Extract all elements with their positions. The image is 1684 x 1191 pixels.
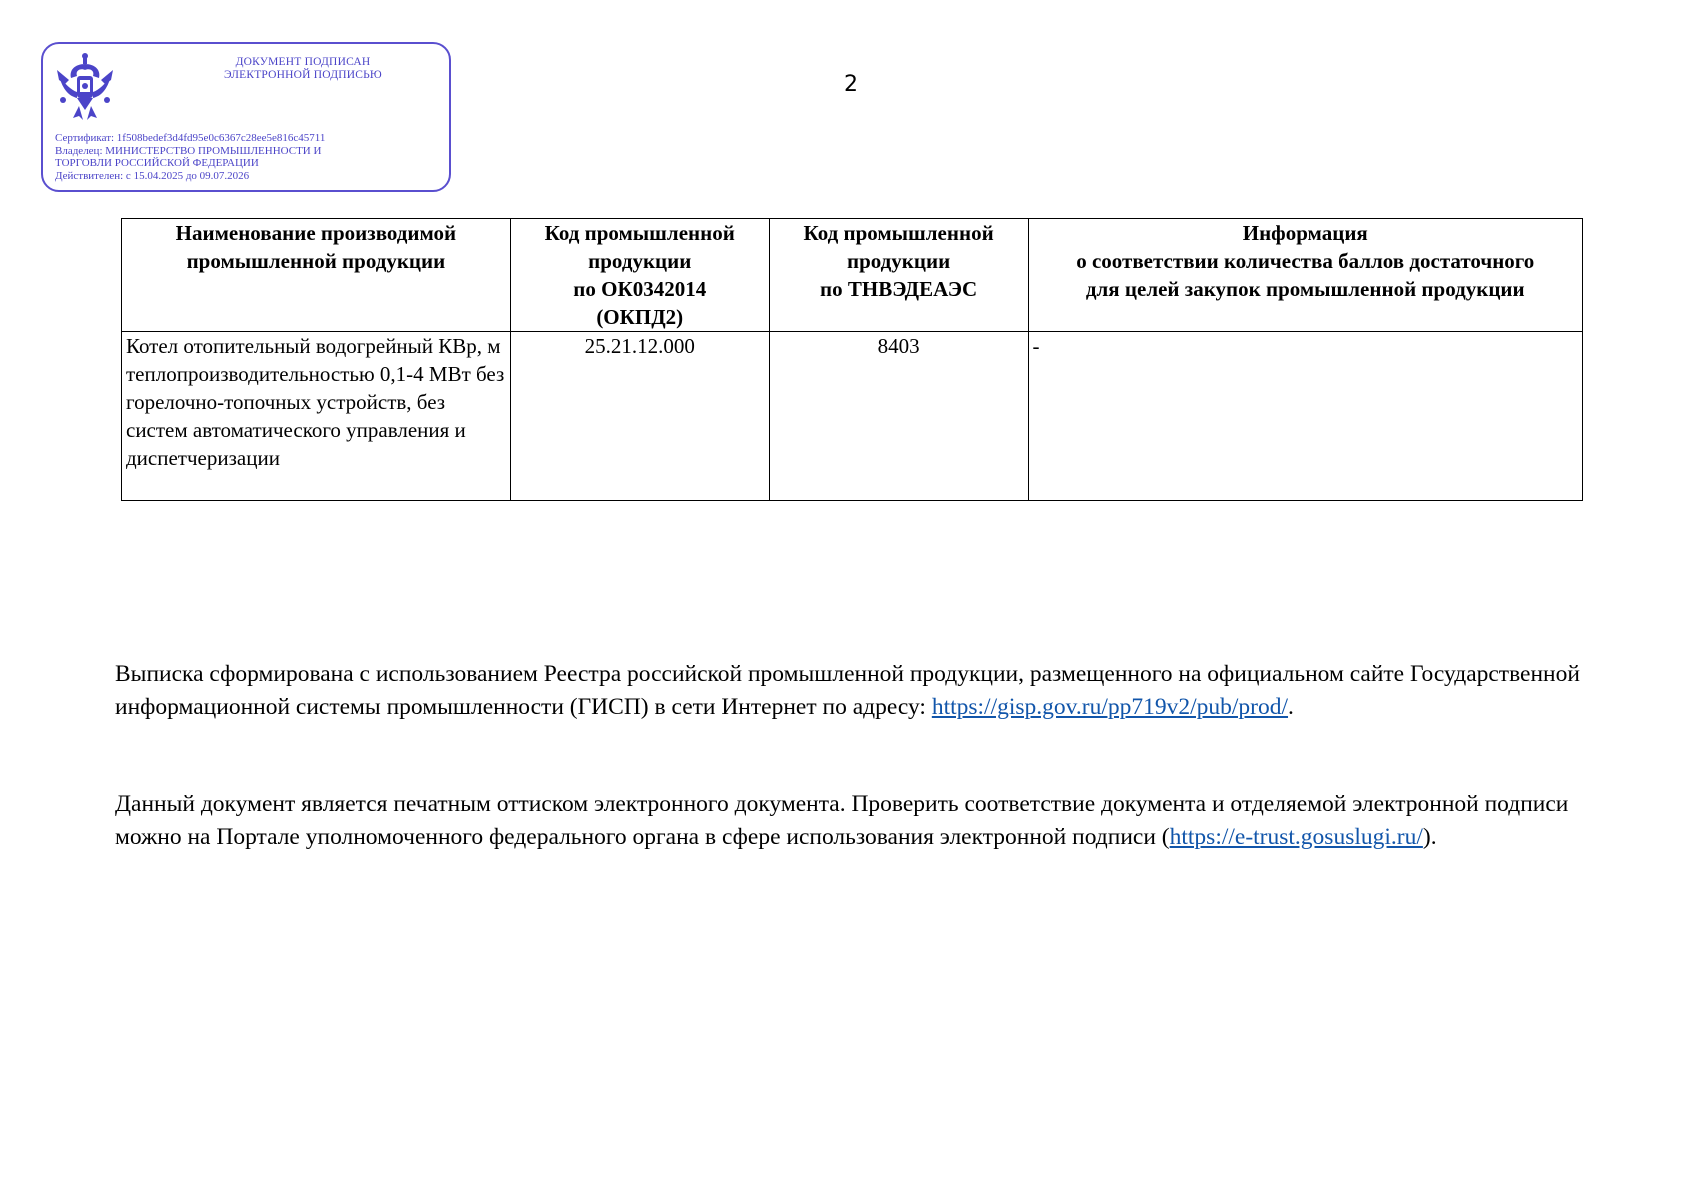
stamp-certificate: Сертификат: 1f508bedef3d4fd95e0c6367c28e… (55, 132, 325, 145)
header-line: о соответствии количества баллов достато… (1033, 247, 1578, 275)
stamp-title: ДОКУМЕНТ ПОДПИСАН ЭЛЕКТРОННОЙ ПОДПИСЬЮ (163, 56, 443, 82)
header-line: продукции (515, 247, 765, 275)
verification-paragraph: Данный документ является печатным оттиск… (115, 788, 1585, 853)
page-number: 2 (844, 72, 858, 97)
header-line: продукции (774, 247, 1024, 275)
header-line: по ТНВЭДЕАЭС (774, 275, 1024, 303)
punctuation: . (1288, 694, 1294, 720)
registry-source-text: Выписка сформирована с использованием Ре… (115, 661, 1580, 720)
header-line: для целей закупок промышленной продукции (1033, 275, 1578, 303)
table-row: Котел отопительный водогрейный КВр, м те… (122, 332, 1583, 501)
registry-source-paragraph: Выписка сформирована с использованием Ре… (115, 658, 1585, 723)
header-line: Наименование производимой (126, 219, 506, 247)
punctuation: ). (1423, 824, 1437, 850)
stamp-title-line2: ЭЛЕКТРОННОЙ ПОДПИСЬЮ (163, 69, 443, 82)
cell-points-info: - (1028, 332, 1582, 501)
stamp-title-line1: ДОКУМЕНТ ПОДПИСАН (163, 56, 443, 69)
header-points-info: Информация о соответствии количества бал… (1028, 219, 1582, 332)
russian-coat-of-arms-icon (55, 50, 115, 122)
product-table: Наименование производимой промышленной п… (121, 218, 1583, 501)
cell-tnved-code: 8403 (769, 332, 1028, 501)
stamp-owner-line2: ТОРГОВЛИ РОССИЙСКОЙ ФЕДЕРАЦИИ (55, 157, 325, 170)
stamp-validity: Действителен: с 15.04.2025 до 09.07.2026 (55, 170, 325, 183)
header-line: Код промышленной (515, 219, 765, 247)
electronic-signature-stamp: ДОКУМЕНТ ПОДПИСАН ЭЛЕКТРОННОЙ ПОДПИСЬЮ С… (41, 42, 451, 192)
stamp-owner-line1: Владелец: МИНИСТЕРСТВО ПРОМЫШЛЕННОСТИ И (55, 145, 325, 158)
cell-product-name: Котел отопительный водогрейный КВр, м те… (122, 332, 511, 501)
table-header-row: Наименование производимой промышленной п… (122, 219, 1583, 332)
stamp-info: Сертификат: 1f508bedef3d4fd95e0c6367c28e… (55, 132, 325, 182)
header-line: (ОКПД2) (515, 303, 765, 331)
header-line: по ОК0342014 (515, 275, 765, 303)
header-okpd2-code: Код промышленной продукции по ОК0342014 … (510, 219, 769, 332)
header-tnved-code: Код промышленной продукции по ТНВЭДЕАЭС (769, 219, 1028, 332)
cell-okpd2-code: 25.21.12.000 (510, 332, 769, 501)
gisp-link[interactable]: https://gisp.gov.ru/pp719v2/pub/prod/ (932, 694, 1288, 720)
e-trust-link[interactable]: https://e-trust.gosuslugi.ru/ (1170, 824, 1423, 850)
header-line: промышленной продукции (126, 247, 506, 275)
header-line: Код промышленной (774, 219, 1024, 247)
header-product-name: Наименование производимой промышленной п… (122, 219, 511, 332)
header-line: Информация (1033, 219, 1578, 247)
